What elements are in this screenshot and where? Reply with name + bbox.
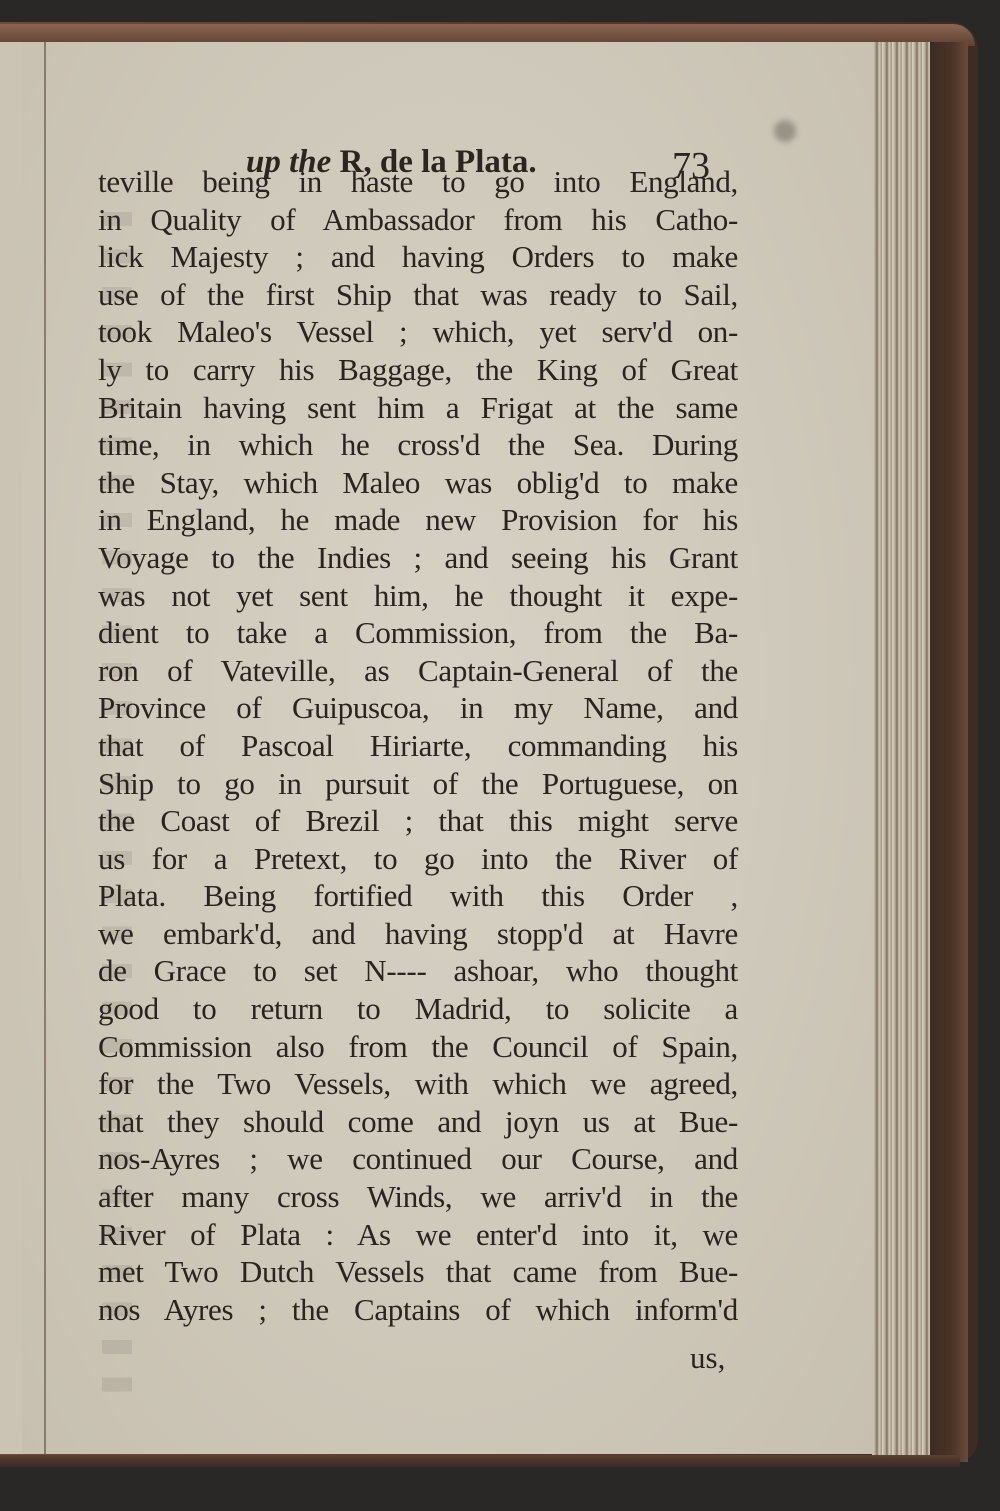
catchword: us, [690, 1340, 725, 1376]
text-line: met Two Dutch Vessels that came from Bue… [98, 1253, 738, 1291]
text-line: River of Plata : As we enter'd into it, … [98, 1216, 738, 1254]
text-line: that they should come and joyn us at Bue… [98, 1103, 738, 1141]
gutter-fold [44, 42, 46, 1454]
text-line: ly to carry his Baggage, the King of Gre… [98, 351, 738, 389]
text-line: in Quality of Ambassador from his Catho- [98, 201, 738, 239]
book-binding-edge [930, 42, 968, 1462]
text-line: time, in which he cross'd the Sea. Durin… [98, 426, 738, 464]
text-line: Voyage to the Indies ; and seeing his Gr… [98, 539, 738, 577]
text-line: nos-Ayres ; we continued our Course, and [98, 1140, 738, 1178]
text-line: after many cross Winds, we arriv'd in th… [98, 1178, 738, 1216]
book-cover-bottom-edge [0, 1455, 960, 1467]
text-line: for the Two Vessels, with which we agree… [98, 1065, 738, 1103]
text-line: dient to take a Commission, from the Ba- [98, 614, 738, 652]
text-line: Plata. Being fortified with this Order , [98, 877, 738, 915]
facing-page-edge [0, 42, 22, 1454]
text-line: lick Majesty ; and having Orders to make [98, 238, 738, 276]
text-line: Britain having sent him a Frigat at the … [98, 389, 738, 427]
text-line: the Stay, which Maleo was oblig'd to mak… [98, 464, 738, 502]
text-line: good to return to Madrid, to solicite a [98, 990, 738, 1028]
text-line: the Coast of Brezil ; that this might se… [98, 802, 738, 840]
text-line: Ship to go in pursuit of the Portuguese,… [98, 765, 738, 803]
text-line: Commission also from the Council of Spai… [98, 1028, 738, 1066]
text-line: ron of Vateville, as Captain-General of … [98, 652, 738, 690]
page-block-edge [872, 42, 932, 1462]
text-line: was not yet sent him, he thought it expe… [98, 577, 738, 615]
text-line: use of the first Ship that was ready to … [98, 276, 738, 314]
text-line: Province of Guipuscoa, in my Name, and [98, 689, 738, 727]
text-line: took Maleo's Vessel ; which, yet serv'd … [98, 313, 738, 351]
body-text: teville being in haste to go into Englan… [98, 163, 738, 1328]
text-line: we embark'd, and having stopp'd at Havre [98, 915, 738, 953]
text-line: teville being in haste to go into Englan… [98, 163, 738, 201]
text-line: de Grace to set N---- ashoar, who though… [98, 952, 738, 990]
text-line: us for a Pretext, to go into the River o… [98, 840, 738, 878]
text-line: in England, he made new Provision for hi… [98, 501, 738, 539]
text-line: that of Pascoal Hiriarte, commanding his [98, 727, 738, 765]
text-line: nos Ayres ; the Captains of which inform… [98, 1291, 738, 1329]
